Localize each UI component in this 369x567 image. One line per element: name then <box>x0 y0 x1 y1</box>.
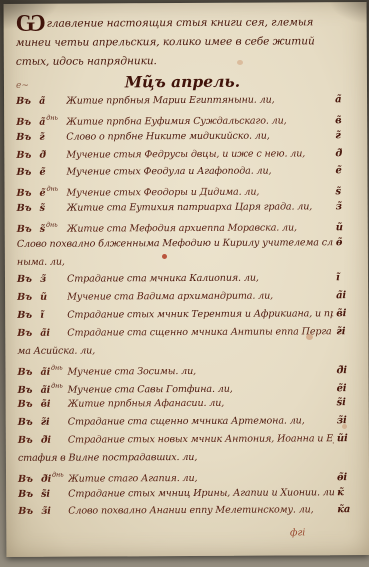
index-row: Слово похвално блженныма Мефодию и Кирил… <box>17 237 360 257</box>
index-row: Въ а̃іднь Мучение ста Савы Готфина. ли, … <box>18 380 361 400</box>
entry-count: г̃ <box>332 130 359 141</box>
index-row: Въ а̃днь Житие прпбна Еуфимия Суждальска… <box>16 112 359 132</box>
day-prefix: Въ <box>18 384 41 395</box>
heading-line-1: главление настоящия стыя книги сея, глем… <box>47 16 314 29</box>
entry-count: ѕ̃і <box>334 397 361 408</box>
day-number: з̃і <box>41 506 68 517</box>
entry-text: Житие прпбна Еуфимия Суждальскаго. ли, <box>66 115 332 127</box>
manuscript-page: Ѡглавление настоящия стыя книги сея, гле… <box>4 2 369 557</box>
day-number: з̃ <box>40 274 67 285</box>
entry-count: в̃ <box>332 115 359 126</box>
entry-count: ѕ̃ <box>333 186 360 197</box>
entry-text: Мучение стыя Федрусы двцы, и иже с нею. … <box>66 148 332 160</box>
day-number: е̃днь <box>40 185 67 199</box>
index-row: ныма. ли, <box>17 255 360 275</box>
day-number: г̃ <box>39 131 66 142</box>
entry-count: ѳ̃ <box>333 237 360 248</box>
day-number: д̃ <box>39 149 66 160</box>
entry-text: ныма. ли, <box>17 255 333 268</box>
index-row: Въ е̃ Мучение стых Феодула и Агафопода. … <box>16 165 359 185</box>
entry-text: Житие прпбныя Марии Египтяныни. ли, <box>66 94 332 106</box>
entry-count: г̃і <box>333 326 360 337</box>
entry-text: Страдание стых мчниц Ирины, Агапии и Хио… <box>68 487 334 499</box>
entry-text: Страдание стых новых мчник Антония, Иоан… <box>68 433 334 445</box>
page-content: Ѡглавление настоящия стыя книги сея, гле… <box>4 2 369 557</box>
entry-count: д̃і <box>333 365 360 376</box>
day-prefix: Въ <box>16 149 39 160</box>
entry-count: з̃ <box>333 201 360 212</box>
month-title: Мц̃ъ апрель. <box>60 71 359 92</box>
entry-count: е̃і <box>334 383 361 394</box>
day-prefix: Въ <box>18 435 41 446</box>
day-number: д̃і <box>41 435 68 446</box>
entry-count: е̃ <box>332 165 359 176</box>
day-prefix: Въ <box>17 203 40 214</box>
entry-count: к̃а <box>334 504 361 515</box>
day-number: ѕ̃днь <box>40 221 67 235</box>
day-prefix: Въ <box>18 399 41 410</box>
day-prefix: Въ <box>17 292 40 303</box>
entry-text: Житие ста Еутихия патриарха Царя града. … <box>67 201 333 213</box>
entry-count: в̃і <box>333 308 360 319</box>
entry-count: ѳ̃і <box>334 472 361 483</box>
entry-text: Слово похвално Анании еппу Мелетинскому.… <box>68 505 334 517</box>
day-prefix: Въ <box>18 488 41 499</box>
entry-text: Житие ста Мефодия архиеппа Моравска. ли, <box>67 222 333 234</box>
entry-count: а̃і <box>333 290 360 301</box>
index-row: Въ а̃ Житие прпбныя Марии Египтяныни. ли… <box>16 94 359 114</box>
heading-line-2: минеи четьи апрельския, колико имее в се… <box>16 32 359 53</box>
entry-count: и̃і <box>334 433 361 444</box>
day-prefix: Въ <box>17 310 40 321</box>
quire-mark: фгі <box>290 527 305 538</box>
entry-count: д̃ <box>332 148 359 159</box>
table-of-contents-heading: Ѡглавление настоящия стыя книги сея, гле… <box>16 11 359 72</box>
index-row: Въ г̃і Страдание ста сщенно мчника Артем… <box>18 415 361 435</box>
entry-count: а̃ <box>332 94 359 105</box>
entry-count: к̃ <box>334 487 361 498</box>
entry-text: Страдание стых мчник Терентия и Африкиан… <box>67 308 333 320</box>
entry-text: Мучение ста Вадима архимандрита. ли, <box>67 291 333 303</box>
entry-text: ма Асийска. ли, <box>17 344 333 357</box>
index-row: Въ ѕ̃і Страдание стых мчниц Ирины, Агапи… <box>18 487 361 507</box>
day-prefix: Въ <box>17 328 40 339</box>
day-number: і̃ <box>40 310 67 321</box>
index-row: Въ і̃ Страдание стых мчник Терентия и Аф… <box>17 308 360 328</box>
day-number: и̃ <box>40 292 67 303</box>
day-prefix: Въ <box>18 473 41 484</box>
entry-text: Слово похвално блженныма Мефодию и Кирил… <box>17 237 333 250</box>
day-number: ѕ̃і <box>41 488 68 499</box>
entry-text: Житие стаго Агапия. ли, <box>68 472 334 484</box>
heading-line-3: стых, идось напрядники. <box>16 51 359 72</box>
ink-stain <box>306 334 313 340</box>
day-number: а̃ <box>39 96 66 107</box>
index-row: Въ з̃ Страдание ста мчника Калиопия. ли,… <box>17 273 360 293</box>
entry-text: Мучение стых Феодула и Агафопода. ли, <box>66 166 332 178</box>
index-list: Въ а̃ Житие прпбныя Марии Египтяныни. ли… <box>16 94 361 524</box>
index-row: Въ д̃іднь Житие стаго Агапия. ли, ѳ̃і <box>18 469 361 489</box>
index-row: Въ ѕ̃ Житие ста Еутихия патриарха Царя г… <box>17 201 360 221</box>
index-row: Въ з̃і Слово похвално Анании еппу Мелети… <box>18 504 361 524</box>
entry-text: Страдание ста сщенно мчника Антипы еппа … <box>67 326 333 338</box>
index-row: Въ д̃і Страдание стых новых мчник Антони… <box>18 433 361 453</box>
margin-mark: е∼ <box>16 81 60 91</box>
entry-text: Житие прпбныя Афанасии. ли, <box>68 398 334 410</box>
entry-count: и̃ <box>333 222 360 233</box>
day-number: е̃ <box>39 167 66 178</box>
index-row: Въ д̃ Мучение стыя Федрусы двцы, и иже с… <box>16 148 359 168</box>
index-row: Въ г̃ Слово о прпбне Никите мидикийско. … <box>16 130 359 150</box>
corner-shadow <box>329 0 369 24</box>
day-prefix: Въ <box>17 274 40 285</box>
day-number: г̃і <box>41 417 68 428</box>
index-row: Въ ѕ̃днь Житие ста Мефодия архиеппа Мора… <box>17 219 360 239</box>
day-number: в̃і <box>41 399 68 410</box>
index-row: ма Асийска. ли, <box>17 344 360 364</box>
index-row: стафия в Вилне пострадавших. ли, <box>18 451 361 471</box>
month-title-row: е∼ Мц̃ъ апрель. <box>16 71 359 94</box>
day-prefix: Въ <box>16 117 39 128</box>
entry-count: з̃і <box>334 415 361 426</box>
entry-text: Мучение ста Зосимы. ли, <box>67 365 333 377</box>
entry-text: стафия в Вилне пострадавших. ли, <box>18 451 334 464</box>
day-prefix: Въ <box>16 131 39 142</box>
day-prefix: Въ <box>17 366 40 377</box>
day-prefix: Въ <box>16 167 39 178</box>
entry-text: Страдание ста мчника Калиопия. ли, <box>67 273 333 285</box>
ink-stain <box>162 254 167 259</box>
manuscript-scan: { "colors": { "ink": "#4e1a0f", "paper":… <box>0 0 369 567</box>
day-prefix: Въ <box>16 96 39 107</box>
entry-text: Страдание ста сщенно мчника Артемона. ли… <box>68 415 334 427</box>
entry-text: Мучение стых Феодоры и Дидима. ли, <box>67 186 333 198</box>
day-prefix: Въ <box>18 506 41 517</box>
day-number: д̃іднь <box>41 470 68 484</box>
index-row: Въ в̃і Житие прпбныя Афанасии. ли, ѕ̃і <box>18 397 361 417</box>
day-prefix: Въ <box>18 417 41 428</box>
index-row: Въ и̃ Мучение ста Вадима архимандрита. л… <box>17 290 360 310</box>
day-prefix: Въ <box>17 224 40 235</box>
day-number: а̃і <box>40 328 67 339</box>
index-row: Въ е̃днь Мучение стых Феодоры и Дидима. … <box>17 183 360 203</box>
day-number: а̃іднь <box>41 381 68 395</box>
ink-stain <box>342 424 347 429</box>
index-row: Въ а̃іднь Мучение ста Зосимы. ли, д̃і <box>17 362 360 382</box>
corner-shadow <box>0 0 60 30</box>
entry-count: і̃ <box>333 273 360 284</box>
day-number: а̃іднь <box>40 363 67 377</box>
entry-text: Слово о прпбне Никите мидикийско. ли, <box>66 130 332 142</box>
day-number: а̃днь <box>39 113 66 127</box>
ink-stain <box>237 60 243 65</box>
day-number: ѕ̃ <box>40 203 67 214</box>
entry-text: Мучение ста Савы Готфина. ли, <box>68 383 334 395</box>
day-prefix: Въ <box>17 188 40 199</box>
